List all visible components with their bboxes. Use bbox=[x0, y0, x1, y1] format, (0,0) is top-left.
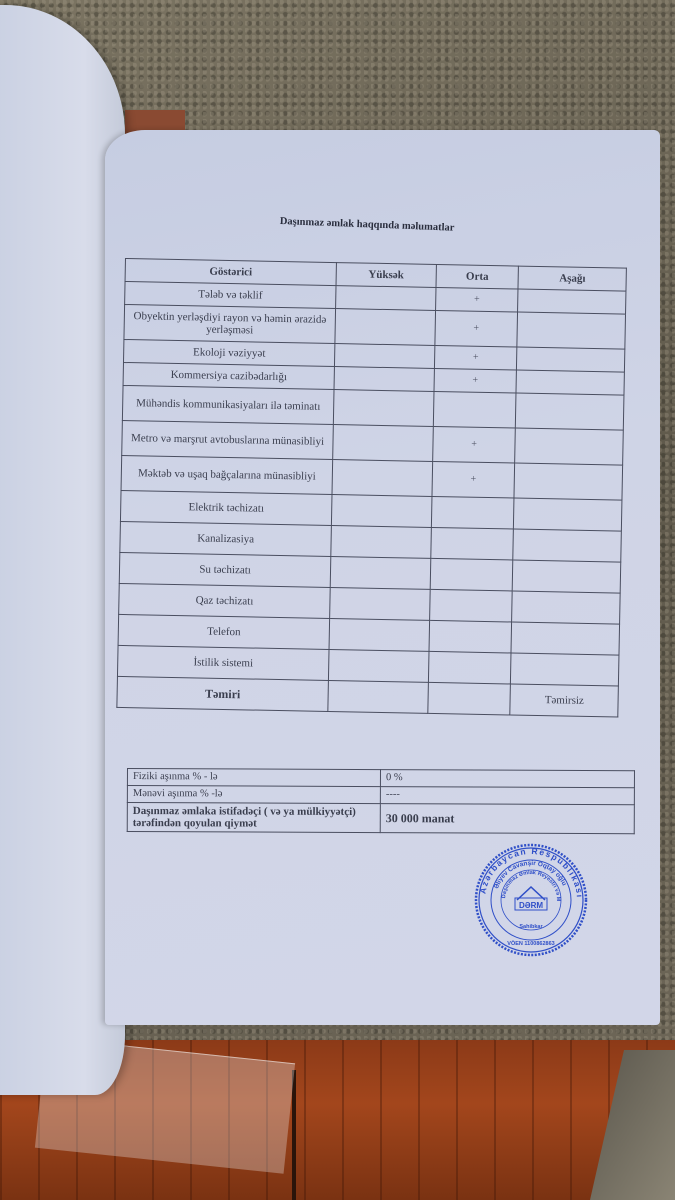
cell-medium bbox=[430, 558, 513, 591]
row-label: İstilik sistemi bbox=[117, 645, 329, 680]
row-label: Metro və marşrut avtobuslarına münasibli… bbox=[122, 420, 334, 459]
svg-text:DƏRM: DƏRM bbox=[519, 901, 543, 910]
header-high: Yüksək bbox=[336, 263, 436, 288]
cell-low bbox=[516, 370, 624, 395]
cell-medium bbox=[428, 651, 511, 684]
summary-value: ---- bbox=[380, 787, 634, 805]
cell-low bbox=[514, 463, 622, 500]
cell-medium: + bbox=[432, 461, 515, 498]
cell-medium: + bbox=[435, 310, 518, 347]
cell-medium: + bbox=[435, 287, 518, 312]
cell-high bbox=[331, 526, 431, 559]
cell-low bbox=[515, 428, 623, 465]
cell-high bbox=[333, 390, 433, 427]
summary-key: Daşınmaz əmlaka istifadəçi ( və ya mülki… bbox=[127, 803, 380, 833]
row-label: Kanalizasiya bbox=[120, 521, 332, 556]
cell-high bbox=[330, 557, 430, 590]
cell-low bbox=[517, 312, 625, 349]
property-info-table: Göstərici Yüksək Orta Aşağı Tələb və tək… bbox=[116, 258, 627, 718]
row-label: Məktəb və uşaq bağçalarına münasibliyi bbox=[121, 455, 333, 494]
document-title: Daşınmaz əmlak haqqında məlumatlar bbox=[280, 216, 455, 234]
cell-medium bbox=[428, 682, 511, 715]
cell-high bbox=[335, 309, 435, 346]
cell-high bbox=[336, 286, 436, 311]
cell-low bbox=[513, 529, 621, 562]
document-page: Daşınmaz əmlak haqqında məlumatlar Göstə… bbox=[105, 130, 660, 1025]
row-label: Telefon bbox=[118, 614, 330, 649]
summary-value: 30 000 manat bbox=[380, 804, 634, 834]
summary-row: Mənəvi aşınma % -lə---- bbox=[127, 786, 634, 805]
cell-low bbox=[514, 498, 622, 531]
header-low: Aşağı bbox=[518, 266, 626, 291]
cell-high bbox=[332, 460, 432, 497]
cell-medium bbox=[431, 496, 514, 529]
summary-key: Fiziki aşınma % - lə bbox=[127, 769, 380, 787]
svg-text:Sahibkar: Sahibkar bbox=[519, 924, 543, 930]
cell-high bbox=[335, 344, 435, 369]
cell-low bbox=[516, 393, 624, 430]
cell-low bbox=[513, 560, 621, 593]
header-medium: Orta bbox=[436, 264, 519, 289]
row-label: Elektrik təchizatı bbox=[120, 490, 332, 525]
cell-medium bbox=[433, 391, 516, 428]
row-label: Su təchizatı bbox=[119, 552, 331, 587]
cell-high bbox=[329, 649, 429, 682]
stamp-seal-icon: Azərbaycan Respublikası Əliyev Cavanşir … bbox=[473, 842, 589, 958]
svg-text:VÖEN 1100862863: VÖEN 1100862863 bbox=[507, 940, 554, 947]
cell-medium bbox=[429, 589, 512, 622]
official-stamp: Azərbaycan Respublikası Əliyev Cavanşir … bbox=[473, 842, 589, 958]
row-label: Mühəndis kommunikasiyaları ilə təminatı bbox=[122, 385, 334, 424]
cell-medium: + bbox=[434, 368, 517, 393]
cell-high bbox=[330, 588, 430, 621]
cell-low bbox=[511, 653, 619, 686]
cell-medium bbox=[431, 527, 514, 560]
summary-row: Fiziki aşınma % - lə0 % bbox=[127, 769, 634, 788]
cell-low bbox=[512, 591, 620, 624]
cell-high bbox=[333, 425, 433, 462]
cell-high bbox=[328, 680, 428, 713]
cell-high bbox=[331, 495, 431, 528]
summary-row: Daşınmaz əmlaka istifadəçi ( və ya mülki… bbox=[127, 803, 634, 834]
cell-low: Təmirsiz bbox=[510, 684, 618, 717]
summary-value: 0 % bbox=[380, 770, 634, 788]
depreciation-price-table: Fiziki aşınma % - lə0 %Mənəvi aşınma % -… bbox=[127, 768, 635, 834]
cell-high bbox=[329, 618, 429, 651]
cell-low bbox=[518, 289, 626, 314]
cell-high bbox=[334, 367, 434, 392]
row-label: Obyektin yerləşdiyi rayon və həmin ərazi… bbox=[124, 305, 336, 344]
background-wood-gap bbox=[292, 1070, 296, 1200]
cell-low bbox=[517, 347, 625, 372]
cell-medium: + bbox=[432, 426, 515, 463]
summary-key: Mənəvi aşınma % -lə bbox=[127, 786, 380, 804]
row-label: Qaz təchizatı bbox=[119, 583, 331, 618]
row-label: Təmiri bbox=[117, 676, 329, 711]
cell-medium: + bbox=[434, 345, 517, 370]
cell-medium bbox=[429, 620, 512, 653]
cell-low bbox=[511, 622, 619, 655]
